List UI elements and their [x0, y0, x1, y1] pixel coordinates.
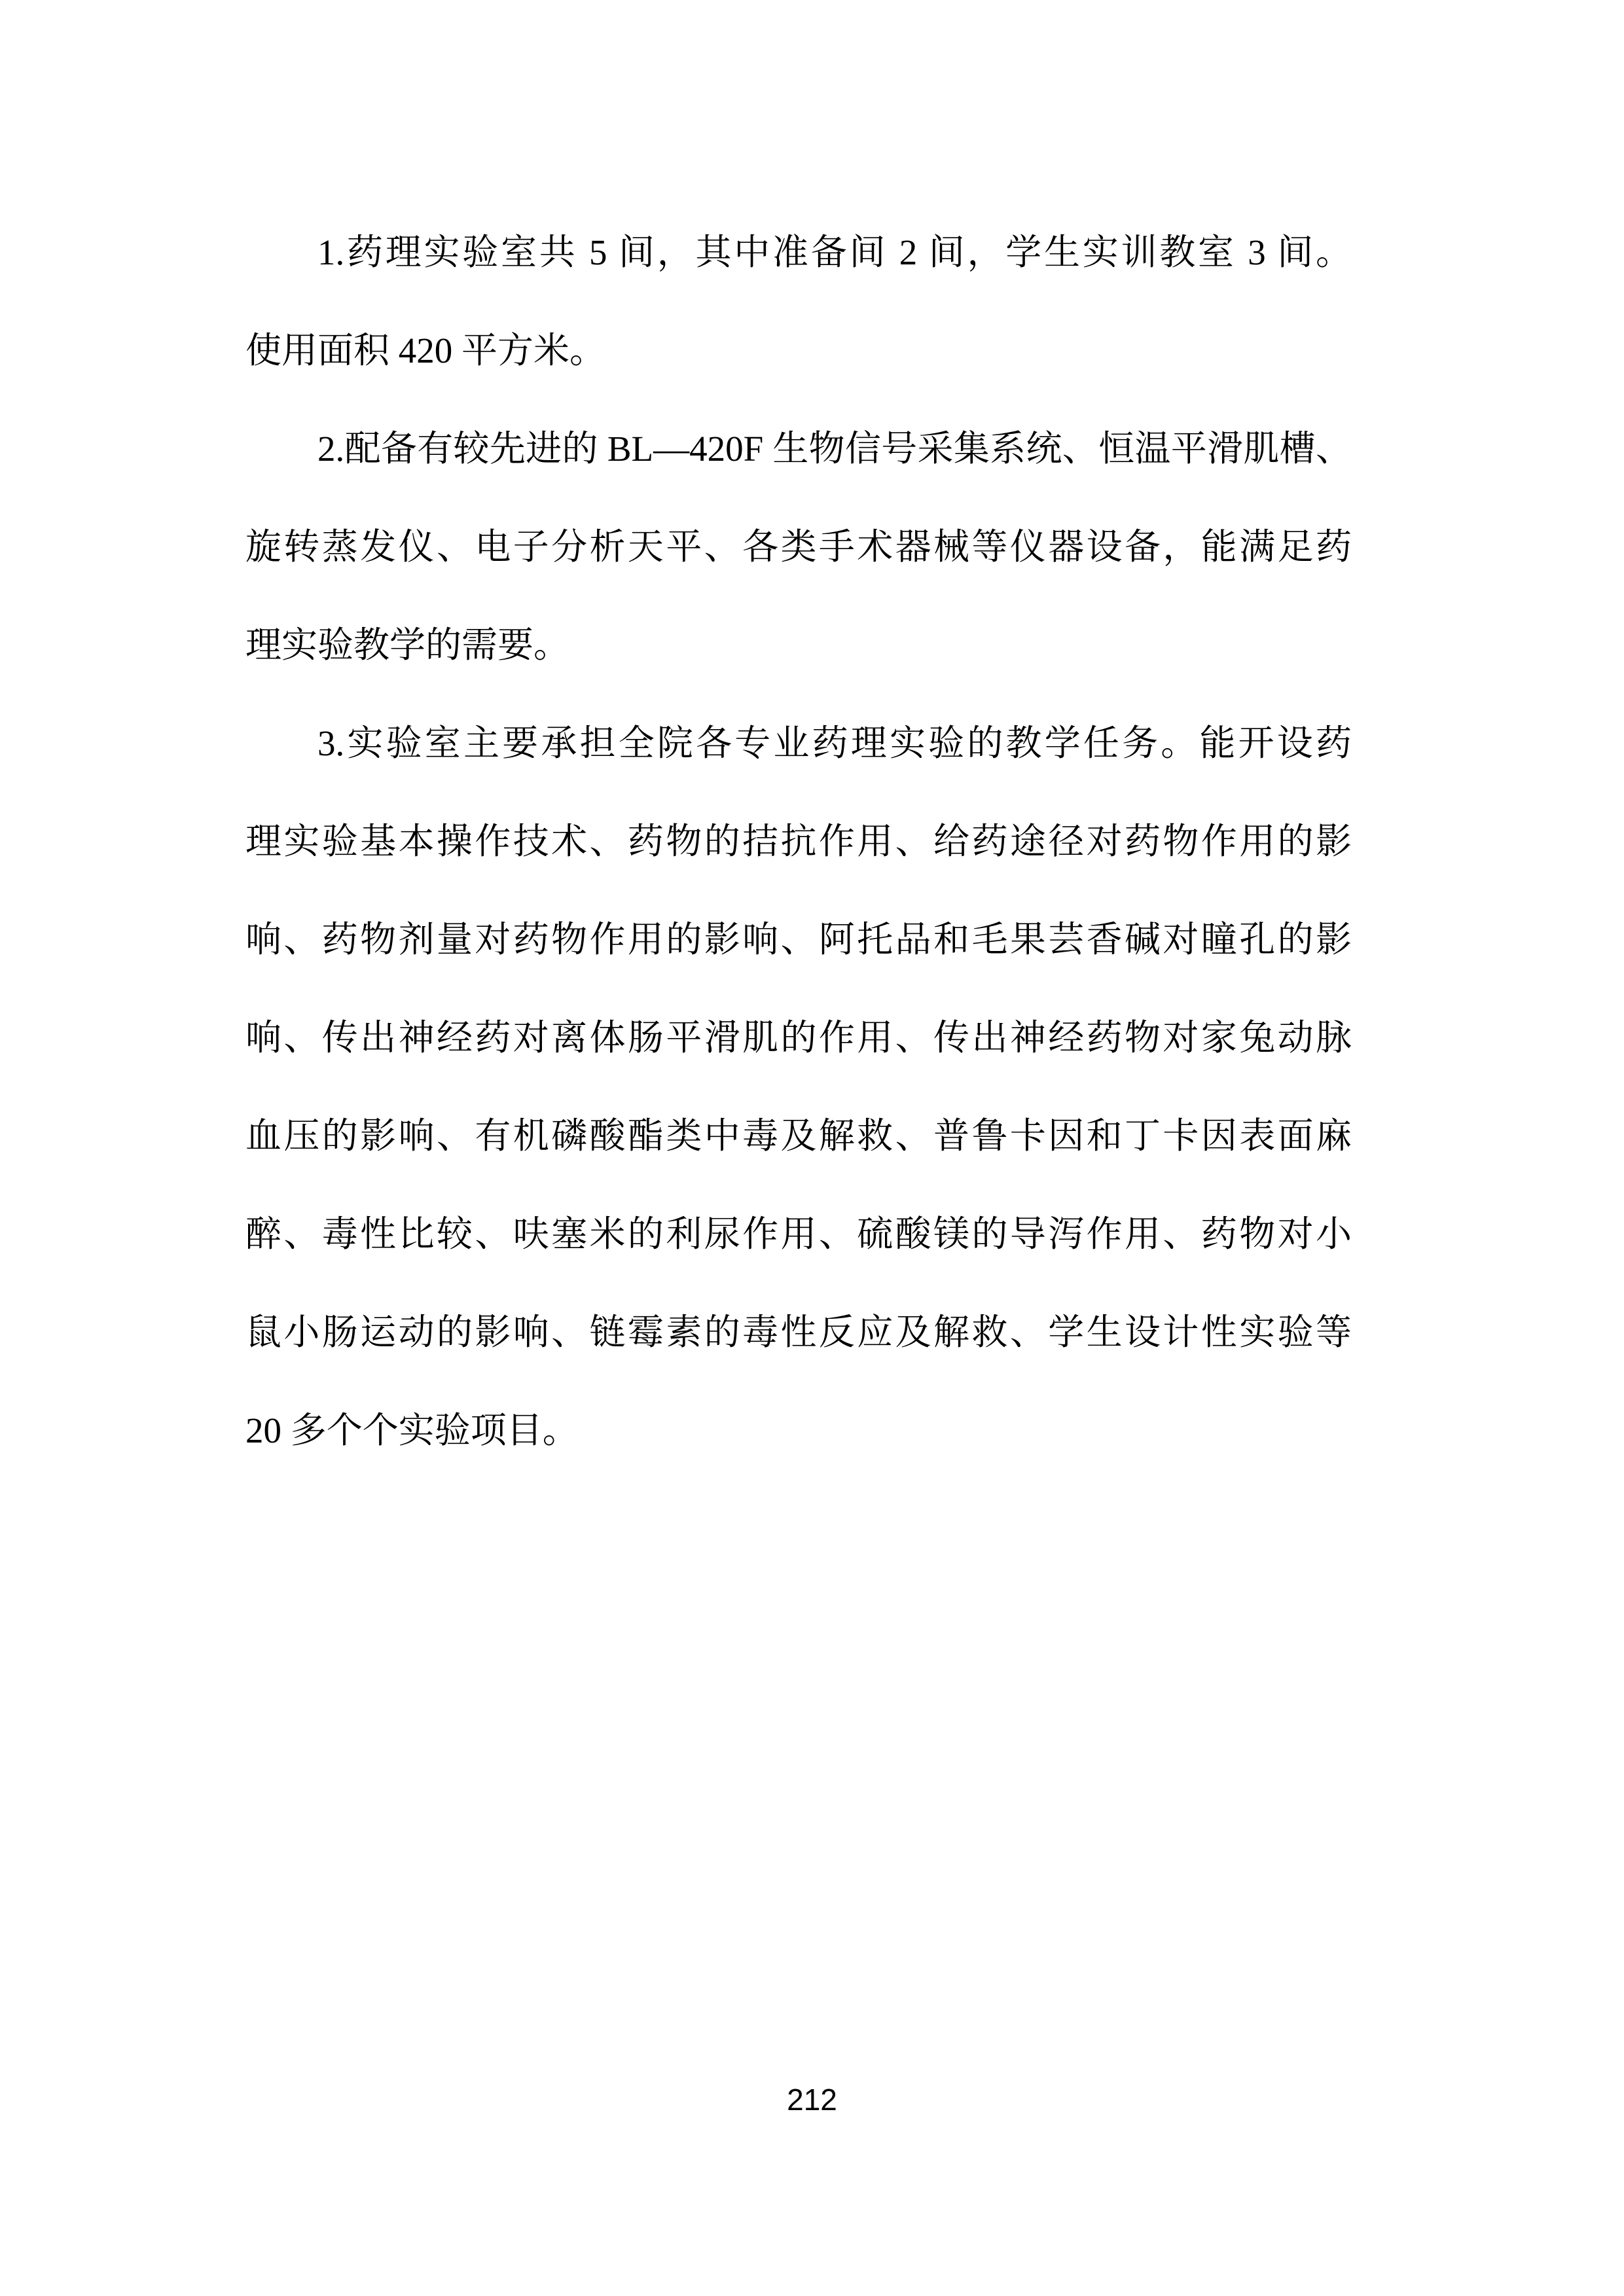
text-line-12: 鼠小肠运动的影响、链霉素的毒性反应及解救、学生设计性实验等 [245, 1283, 1352, 1382]
text-line-8: 响、药物剂量对药物作用的影响、阿托品和毛果芸香碱对瞳孔的影 [245, 891, 1352, 989]
text-line-13: 20 多个个实验项目。 [245, 1382, 1352, 1480]
text-line-1: 1.药理实验室共 5 间，其中准备间 2 间，学生实训教室 3 间。 [245, 204, 1352, 302]
text-line-2: 使用面积 420 平方米。 [245, 302, 1352, 400]
body-text: 1.药理实验室共 5 间，其中准备间 2 间，学生实训教室 3 间。 使用面积 … [245, 204, 1352, 1480]
document-page: 1.药理实验室共 5 间，其中准备间 2 间，学生实训教室 3 间。 使用面积 … [0, 0, 1624, 2296]
text-line-3: 2.配备有较先进的 BL—420F 生物信号采集系统、恒温平滑肌槽、 [245, 400, 1352, 498]
text-line-9: 响、传出神经药对离体肠平滑肌的作用、传出神经药物对家兔动脉 [245, 989, 1352, 1087]
text-line-6: 3.实验室主要承担全院各专业药理实验的教学任务。能开设药 [245, 694, 1352, 793]
text-line-10: 血压的影响、有机磷酸酯类中毒及解救、普鲁卡因和丁卡因表面麻 [245, 1087, 1352, 1185]
text-line-5: 理实验教学的需要。 [245, 596, 1352, 694]
text-line-7: 理实验基本操作技术、药物的拮抗作用、给药途径对药物作用的影 [245, 793, 1352, 891]
text-line-11: 醉、毒性比较、呋塞米的利尿作用、硫酸镁的导泻作用、药物对小 [245, 1185, 1352, 1283]
text-line-4: 旋转蒸发仪、电子分析天平、各类手术器械等仪器设备，能满足药 [245, 498, 1352, 596]
page-number: 212 [0, 2083, 1624, 2116]
